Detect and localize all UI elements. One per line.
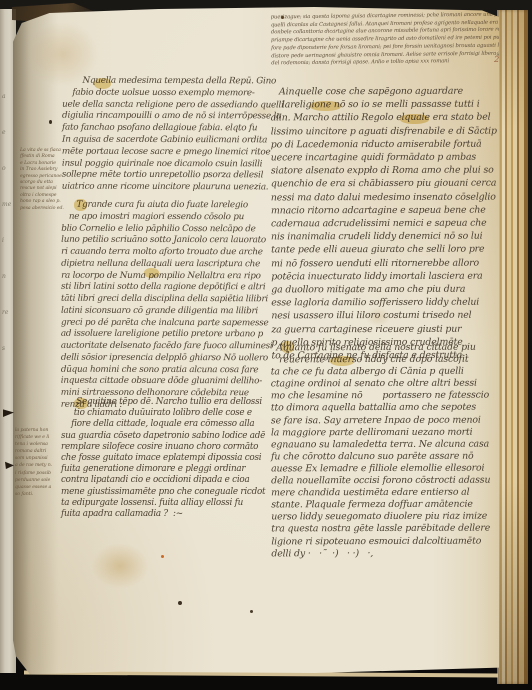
yellow-wash-initial (144, 268, 159, 278)
yellow-wash-initial (330, 356, 354, 366)
margin-gloss-1: La vita de ss fiacaffestin di Romae Lacr… (20, 148, 68, 212)
yellow-wash-initial (400, 114, 429, 124)
ink-speck (161, 555, 164, 558)
manuscript-page: puerizague; sia questa lapoma guisa dica… (13, 7, 499, 675)
left-column-paragraph-3: Sequitine tēpo dē. Narcho tullio era del… (61, 397, 275, 520)
folio-number: 2 (494, 55, 499, 65)
header-annotation: puerizague; sia questa lapoma guisa dica… (271, 12, 504, 69)
yellow-wash-initial (74, 398, 88, 409)
right-column-paragraph-1: Ainquelle cose che sapēgono aguardare la… (271, 85, 492, 363)
yellow-wash-initial (281, 341, 294, 353)
manuscript-photo: a e o me i n re s puerizague; sia questa… (0, 0, 532, 690)
yellow-wash-initial (310, 101, 341, 111)
yellow-wash-initial (94, 78, 111, 89)
left-column-paragraph-1: Nquella medesima tempesta della Repū. Gi… (62, 76, 274, 195)
facing-page-text-fragments: a e o me i n re s (2, 79, 14, 367)
ink-speck (49, 120, 52, 124)
ink-speck (250, 610, 253, 613)
stain (91, 543, 149, 589)
gutter-shadow (13, 7, 59, 675)
right-column-paragraph-2: Aquanto fu ilsenato della nostra cittade… (271, 342, 492, 560)
left-column-paragraph-2: Tgrande cura fu aiuta dio fuate larelegi… (61, 200, 276, 412)
margin-gloss-2: la paterna honrifficate we e litena i wo… (15, 427, 63, 498)
fore-edge-leaf-stack (497, 10, 528, 684)
yellow-wash-initial (74, 199, 87, 211)
ink-speck (178, 601, 182, 605)
